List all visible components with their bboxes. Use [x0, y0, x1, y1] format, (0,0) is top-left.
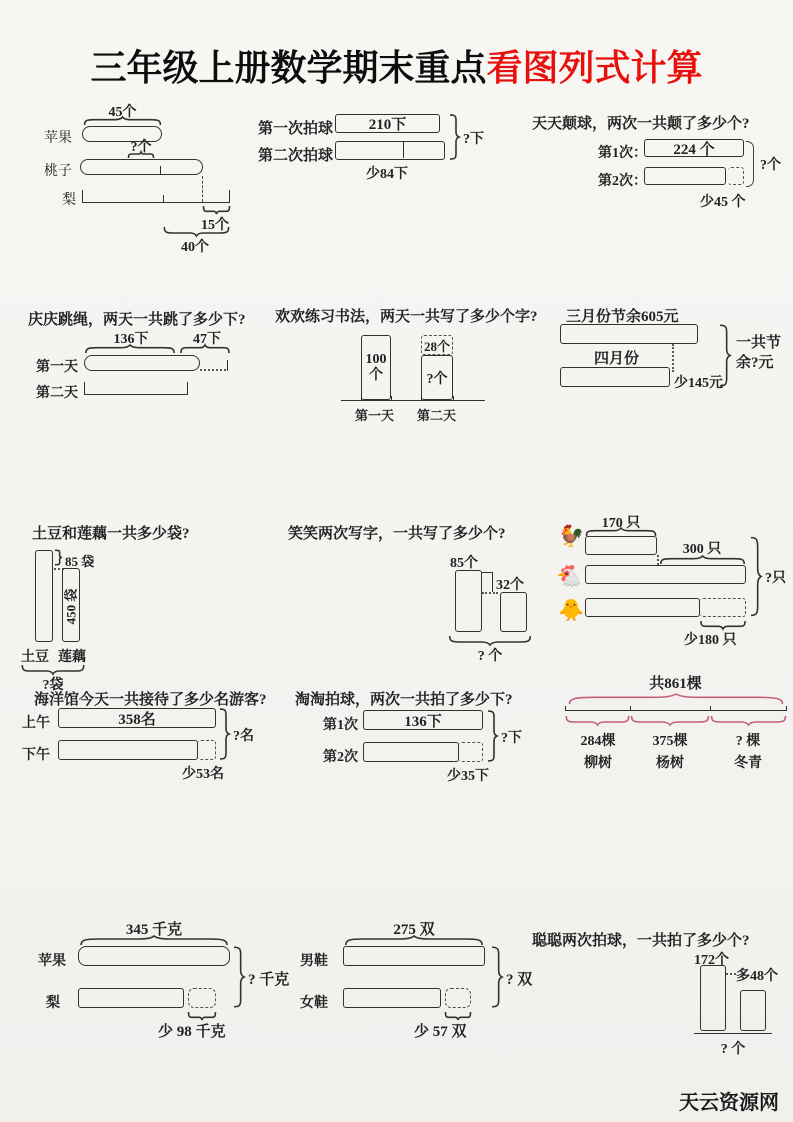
brace-15 — [203, 206, 230, 214]
shoes-less-label: 少 57 双 — [414, 1020, 467, 1041]
taotao-row1-bar: 136下 — [363, 710, 483, 730]
peach-bar-tick — [160, 166, 161, 175]
lotus-label: 莲藕 — [58, 646, 86, 666]
writing-diff-label: 32个 — [496, 574, 524, 594]
shoes-women-bar — [343, 988, 441, 1008]
trees-total-label: 共861棵 — [558, 672, 793, 693]
calligraphy-dashed-value: 28个 — [422, 336, 452, 354]
poultry-brace-170 — [585, 528, 657, 536]
page-title: 三年级上册数学期末重点看图列式计算 — [0, 40, 793, 91]
weight-right-brace — [234, 946, 244, 1008]
savings-less-label: 少145元 — [674, 372, 723, 392]
rope-brace-136 — [84, 345, 176, 353]
pear-label: 梨 — [62, 189, 76, 209]
taotao-question: ?下 — [501, 727, 522, 747]
weight-apple-label: 苹果 — [38, 950, 66, 970]
weight-question: ? 千克 — [248, 968, 289, 989]
page-title-black: 三年级上册数学期末重点 — [90, 47, 486, 88]
problem-fruits: 45个 苹果 ?个 桃子 梨 15个 40个 — [40, 105, 240, 250]
aquarium-pm-dotted-ext — [198, 740, 216, 760]
calligraphy-bar1-unit: 个 — [369, 368, 383, 383]
potato-total-brace — [21, 665, 85, 674]
hen-icon: 🐔 — [556, 566, 582, 587]
potato-label: 土豆 — [21, 646, 49, 666]
trees-seg3-value: ? 棵 — [703, 730, 793, 750]
bounce-right-bracket — [746, 141, 754, 187]
trees-tick-2 — [710, 706, 711, 711]
poultry-300-label: 300 只 — [658, 538, 746, 558]
clap-row2-bar — [335, 141, 445, 160]
bounce-row1-value: 224 个 — [645, 140, 743, 156]
hen-bar — [585, 565, 746, 584]
rope-day1-label: 第一天 — [36, 356, 78, 376]
trees-seg1-brace — [565, 716, 630, 725]
taotao-right-brace — [488, 710, 497, 762]
potato-bar — [35, 550, 53, 642]
clap-row2-label: 第二次拍球 — [258, 144, 333, 165]
calligraphy-title: 欢欢练习书法，两天一共写了多少个字? — [275, 305, 538, 326]
calligraphy-bar2-value: ?个 — [422, 356, 452, 399]
peach-bar — [80, 159, 203, 175]
baseline-tick-2 — [391, 396, 392, 401]
calligraphy-baseline — [341, 400, 485, 401]
weight-apple-bar — [78, 946, 230, 966]
clap-row1-value: 210下 — [336, 115, 439, 132]
chick-icon: 🐥 — [558, 600, 584, 621]
shoes-right-brace — [492, 946, 502, 1008]
shoes-less-brace — [445, 1012, 471, 1020]
trees-seg3-brace — [710, 716, 787, 725]
problem-weight: 345 千克 苹果 梨 少 98 千克 ? 千克 — [30, 918, 275, 1030]
aquarium-pm-label: 下午 — [22, 744, 50, 764]
savings-april-bar — [560, 367, 670, 387]
bounce-row2-dashed-ext — [728, 167, 744, 185]
writing-diff-vline — [492, 572, 493, 592]
lotus-bar-value: 450 袋 — [61, 572, 80, 642]
taotao-row2-bar — [363, 742, 459, 762]
shoes-total-brace — [343, 936, 485, 945]
problem-savings: 三月份节余605元 四月份 少145元 一共节 余?元 — [558, 305, 793, 397]
bounce-row1-bar: 224 个 — [644, 139, 744, 157]
writing-title: 笑笑两次写字，一共写了多少个? — [288, 522, 506, 543]
aquarium-am-label: 上午 — [22, 712, 50, 732]
worksheet-page: 三年级上册数学期末重点看图列式计算 45个 苹果 ?个 桃子 梨 15个 40个… — [0, 0, 793, 1122]
aquarium-right-brace — [220, 708, 229, 760]
taotao-less-label: 少35下 — [447, 765, 489, 785]
poultry-less-label: 少180 只 — [684, 629, 737, 649]
savings-right-brace — [720, 324, 730, 387]
congcong-bar1 — [700, 965, 726, 1031]
rooster-icon: 🐓 — [558, 526, 584, 547]
problem-potato: 土豆和莲藕一共多少袋? 85 袋 450 袋 土豆 莲藕 ?袋 — [18, 522, 238, 690]
aquarium-less-label: 少53名 — [182, 763, 224, 783]
rope-day2-label: 第二天 — [36, 382, 78, 402]
apple-label: 苹果 — [44, 127, 72, 147]
writing-total-brace — [448, 636, 532, 645]
poultry-right-brace — [751, 536, 761, 617]
problem-trees: 共861棵 284棵 375棵 ? 棵 柳树 杨树 冬青 — [558, 672, 793, 777]
trees-seg2-brace — [630, 716, 710, 725]
aquarium-title: 海洋馆今天一共接待了多少名游客? — [34, 688, 267, 709]
aquarium-am-value: 358名 — [59, 709, 215, 727]
rope-day1-ext-end — [227, 360, 228, 371]
writing-question: ? 个 — [455, 645, 525, 665]
trees-tick-end — [786, 706, 787, 711]
taotao-row2-label: 第2次 — [323, 746, 358, 766]
shoes-women-dashed-box — [445, 988, 471, 1008]
rooster-bar — [585, 536, 657, 555]
poultry-brace-300 — [659, 556, 746, 564]
congcong-more-label: 多48个 — [736, 965, 778, 985]
clap-row1-bar: 210下 — [335, 114, 440, 133]
calligraphy-x2-label: 第二天 — [417, 405, 456, 424]
baseline-tick-3 — [421, 396, 422, 401]
savings-march-label: 三月份节余605元 — [566, 305, 679, 326]
rope-day2-bar — [84, 382, 188, 395]
bounce-title: 天天颠球，两次一共颠了多少个? — [532, 112, 750, 133]
brace-45 — [83, 117, 162, 125]
writing-bar2 — [500, 592, 527, 632]
taotao-title: 淘淘拍球，两次一共拍了多少下? — [295, 688, 513, 709]
aquarium-pm-bar — [58, 740, 198, 760]
writing-dotted-link — [482, 592, 498, 594]
pear-bar — [82, 190, 230, 203]
problem-poultry: 🐓 170 只 300 只 🐔 🐥 少180 只 ?只 — [556, 512, 792, 644]
trees-line — [565, 710, 787, 711]
savings-dotted-line — [672, 344, 674, 372]
poultry-less-brace — [700, 621, 746, 629]
rope-brace-47 — [180, 345, 230, 353]
fruits-40-label: 40个 — [160, 236, 230, 256]
watermark: 天云资源网 — [679, 1086, 779, 1115]
shoes-men-bar — [343, 946, 485, 966]
bounce-row2-bar — [644, 167, 726, 185]
clap-right-brace — [450, 114, 459, 160]
clap-question: ?下 — [463, 128, 484, 148]
aquarium-question: ?名 — [233, 725, 254, 745]
writing-bar1 — [455, 570, 482, 632]
rope-day1-dotted-ext — [200, 369, 226, 371]
taotao-row2-dotted-ext — [459, 742, 483, 762]
bounce-row2-label: 第2次： — [598, 170, 647, 190]
shoes-men-label: 男鞋 — [300, 950, 328, 970]
rope-title: 庆庆跳绳，两天一共跳了多少下? — [28, 308, 246, 329]
baseline-tick-1 — [361, 396, 362, 401]
weight-pear-label: 梨 — [46, 992, 60, 1012]
bounce-less-label: 少45 个 — [700, 191, 746, 211]
calligraphy-bar1: 100 个 — [361, 335, 391, 400]
savings-question-line1: 一共节 — [736, 331, 781, 352]
problem-calligraphy: 欢欢练习书法，两天一共写了多少个字? 100 个 28个 ?个 第一天 第二天 — [275, 305, 515, 423]
writing-diff-topline — [482, 572, 492, 573]
problem-aquarium: 海洋馆今天一共接待了多少名游客? 上午 358名 下午 ?名 少53名 — [22, 688, 274, 783]
calligraphy-bar2: ?个 — [421, 355, 453, 400]
shoes-question: ? 双 — [506, 968, 532, 989]
savings-march-bar — [560, 324, 698, 344]
baseline-tick-4 — [453, 396, 454, 401]
problem-congcong: 聪聪两次拍球，一共拍了多少个? 172个 多48个 ? 个 — [532, 925, 792, 1053]
peach-label: 桃子 — [44, 160, 72, 180]
congcong-bar2 — [740, 990, 766, 1031]
brace-40 — [163, 227, 230, 236]
bounce-question: ?个 — [760, 154, 781, 174]
problem-taotao: 淘淘拍球，两次一共拍了多少下? 第1次 136下 第2次 ?下 少35下 — [295, 688, 530, 783]
bounce-row1-label: 第1次： — [598, 142, 647, 162]
writing-85-label: 85个 — [450, 552, 478, 572]
trees-seg2-name: 杨树 — [625, 752, 715, 772]
problem-clap: 第一次拍球 210下 第二次拍球 少84下 ?下 — [258, 112, 493, 187]
poultry-question: ?只 — [765, 567, 786, 587]
chick-dotted-ext — [700, 598, 746, 617]
congcong-question: ? 个 — [698, 1038, 768, 1058]
potato-title: 土豆和莲藕一共多少袋? — [32, 522, 190, 543]
calligraphy-bar1-num: 100 — [366, 352, 387, 367]
problem-bounce: 天天颠球，两次一共颠了多少个? 第1次： 224 个 第2次： ?个 少45 个 — [532, 112, 790, 212]
clap-row2-divider — [403, 142, 404, 158]
trees-tick-1 — [630, 706, 631, 711]
problem-rope: 庆庆跳绳，两天一共跳了多少下? 136下 47下 第一天 第二天 — [28, 308, 278, 400]
potato-diff-brace — [55, 550, 62, 565]
calligraphy-x1-label: 第一天 — [355, 405, 394, 424]
congcong-baseline — [694, 1033, 772, 1034]
weight-pear-bar — [78, 988, 184, 1008]
clap-less-label: 少84下 — [366, 163, 408, 183]
savings-april-label: 四月份 — [594, 347, 639, 368]
clap-row1-label: 第一次拍球 — [258, 117, 333, 138]
chick-bar — [585, 598, 700, 617]
page-title-red: 看图列式计算 — [487, 47, 703, 88]
brace-peach-q — [128, 152, 154, 158]
calligraphy-dashed-box: 28个 — [421, 335, 453, 355]
taotao-row1-label: 第1次 — [323, 714, 358, 734]
trees-total-brace — [565, 694, 787, 704]
trees-tick-start — [565, 706, 566, 711]
problem-shoes: 275 双 男鞋 女鞋 少 57 双 ? 双 — [300, 918, 535, 1030]
weight-less-label: 少 98 千克 — [158, 1020, 226, 1041]
problem-writing: 笑笑两次写字，一共写了多少个? 85个 32个 ? 个 — [288, 522, 528, 660]
congcong-title: 聪聪两次拍球，一共拍了多少个? — [532, 929, 750, 950]
trees-seg3-name: 冬青 — [703, 752, 793, 772]
weight-pear-dashed-box — [188, 988, 216, 1008]
shoes-women-label: 女鞋 — [300, 992, 328, 1012]
calligraphy-bar1-value: 100 个 — [362, 336, 390, 399]
savings-question-line2: 余?元 — [736, 351, 774, 372]
trees-seg2-value: 375棵 — [625, 730, 715, 750]
weight-total-brace — [78, 936, 230, 945]
lotus-bar: 450 袋 — [62, 568, 80, 642]
weight-less-brace — [188, 1012, 216, 1020]
aquarium-am-bar: 358名 — [58, 708, 216, 728]
pear-bar-tick — [163, 195, 164, 203]
taotao-row1-value: 136下 — [364, 711, 482, 729]
rope-day1-bar — [84, 355, 200, 371]
congcong-diff-link — [726, 973, 736, 975]
